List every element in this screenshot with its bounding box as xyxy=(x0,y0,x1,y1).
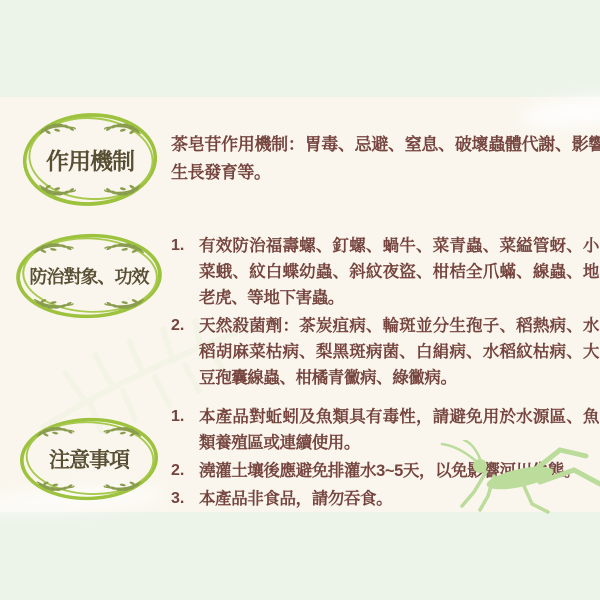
item-number: 1. xyxy=(171,404,199,456)
item-text: 有效防治福壽螺、釘螺、蝸牛、菜青蟲、菜縊管蚜、小菜蛾、紋白蝶幼蟲、斜紋夜盜、柑桔… xyxy=(199,233,599,311)
mechanism-paragraph: 茶皂苷作用機制：胃毒、忌避、窒息、破壞蟲體代謝、影響生長發育等。 xyxy=(171,131,600,187)
item-number: 3. xyxy=(171,486,199,512)
item-number: 2. xyxy=(171,458,199,484)
list-item: 1. 有效防治福壽螺、釘螺、蝸牛、菜青蟲、菜縊管蚜、小菜蛾、紋白蝶幼蟲、斜紋夜盜… xyxy=(171,233,599,311)
section-badge-precautions: 注意事項 xyxy=(17,416,161,502)
targets-list: 1. 有效防治福壽螺、釘螺、蝸牛、菜青蟲、菜縊管蚜、小菜蛾、紋白蝶幼蟲、斜紋夜盜… xyxy=(171,233,599,393)
section-badge-mechanism: 作用機制 xyxy=(20,111,160,208)
bottom-strip xyxy=(0,512,600,600)
product-leaflet: 作用機制 茶皂苷作用機制：胃毒、忌避、窒息、破壞蟲體代謝、影響生長發育等。 防治… xyxy=(0,0,600,600)
section-badge-targets: 防治對象、功效 xyxy=(13,232,165,320)
list-item: 2. 天然殺菌劑：茶炭疽病、輪斑並分生孢子、稻熱病、水稻胡麻菜枯病、梨黑斑病菌、… xyxy=(171,313,599,391)
item-number: 2. xyxy=(171,313,199,391)
badge-label: 注意事項 xyxy=(17,416,161,502)
item-number: 1. xyxy=(171,233,199,311)
item-text: 天然殺菌劑：茶炭疽病、輪斑並分生孢子、稻熱病、水稻胡麻菜枯病、梨黑斑病菌、白絹病… xyxy=(199,313,599,391)
badge-label: 防治對象、功效 xyxy=(13,232,165,320)
badge-label: 作用機制 xyxy=(20,111,160,208)
mantis-icon xyxy=(428,440,600,514)
top-strip xyxy=(0,0,600,97)
